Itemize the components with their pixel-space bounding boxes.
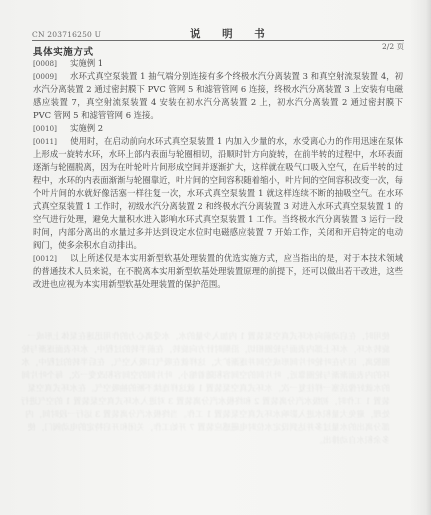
document-title: 说 明 书 (190, 26, 274, 41)
patent-number: CN 203716250 U (32, 30, 101, 39)
page-indicator: 2/2 页 (382, 41, 404, 52)
paragraph-0012: [0012]以上所述仅是本实用新型软基处理装置的优选实施方式，应当指出的是，对于… (33, 252, 403, 291)
bleed-text: 使用时，在启动前向水环式真空泵装置 1 内加入少量的水，水受离心力的作用迅速在泵… (21, 331, 390, 445)
paragraph-0009: [0009]水环式真空泵装置 1 抽气端分别连接有多个终极水汽分离装置 3 和真… (33, 70, 403, 122)
page-edge-shadow (426, 0, 431, 515)
header-divider (32, 40, 404, 41)
paragraph-0011: [0011]使用时，在启动前向水环式真空泵装置 1 内加入少量的水，水受离心力的… (33, 135, 403, 252)
paragraph-text: 实施例 2 (70, 123, 103, 133)
paragraph-text: 使用时，在启动前向水环式真空泵装置 1 内加入少量的水，水受离心力的作用迅速在泵… (33, 136, 403, 250)
paragraph-text: 水环式真空泵装置 1 抽气端分别连接有多个终极水汽分离装置 3 和真空射流泵装置… (33, 71, 403, 120)
section-heading: 具体实施方式 (33, 44, 94, 58)
document-page: CN 203716250 U 说 明 书 2/2 页 具体实施方式 [0008]… (0, 0, 431, 515)
paragraph-text: 实施例 1 (70, 58, 103, 68)
page-header: CN 203716250 U 说 明 书 2/2 页 (32, 26, 400, 40)
paragraph-number: [0012] (33, 252, 70, 265)
document-body: [0008]实施例 1 [0009]水环式真空泵装置 1 抽气端分别连接有多个终… (33, 57, 403, 291)
paragraph-number: [0008] (33, 57, 70, 70)
paragraph-number: [0010] (33, 122, 70, 135)
paragraph-0010: [0010]实施例 2 (33, 122, 403, 135)
paragraph-text: 以上所述仅是本实用新型软基处理装置的优选实施方式，应当指出的是，对于本技术领域的… (33, 253, 403, 289)
paragraph-number: [0011] (33, 135, 70, 148)
paragraph-number: [0009] (33, 70, 70, 83)
paragraph-0008: [0008]实施例 1 (33, 57, 403, 70)
reverse-side-bleed-through: 使用时，在启动前向水环式真空泵装置 1 内加入少量的水，水受离心力的作用迅速在泵… (20, 330, 390, 510)
